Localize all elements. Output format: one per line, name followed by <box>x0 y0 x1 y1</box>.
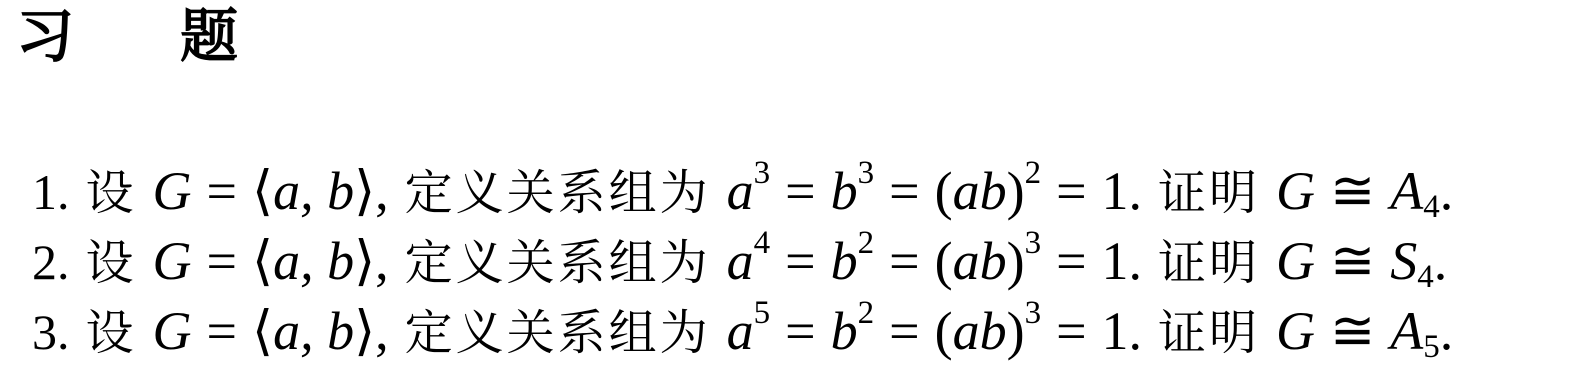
relation-ab-variables: ab <box>953 304 1007 358</box>
setup-text: 设 <box>86 170 137 218</box>
group-variable: G <box>1276 164 1315 218</box>
relation-a-variable: a <box>727 164 754 218</box>
relation-b-variable: b <box>831 304 858 358</box>
equals-sign: = <box>1056 164 1086 218</box>
identity-value: 1. <box>1102 234 1143 288</box>
target-group-letter: A <box>1390 164 1423 218</box>
relations-label: 定义关系组为 <box>405 310 711 358</box>
setup-text: 设 <box>86 310 137 358</box>
equals-sign: = <box>1056 304 1086 358</box>
group-variable: G <box>1276 234 1315 288</box>
target-group-subscript: 4 <box>1417 261 1434 294</box>
paren-close: ) <box>1007 234 1025 288</box>
problem-number: 3. <box>32 307 70 357</box>
problem-3: 3. 设 G = ⟨ a, b ⟩, 定义关系组为 a 5 = b 2 = ( … <box>32 304 1453 358</box>
angle-close-bracket: ⟩, <box>354 164 389 218</box>
textbook-page: 习题 1. 设 G = ⟨ a, b ⟩, 定义关系组为 a 3 = b 3 =… <box>0 0 1574 372</box>
relation-a-exponent: 3 <box>754 157 771 190</box>
target-group-subscript: 5 <box>1423 331 1440 364</box>
group-variable: G <box>153 304 192 358</box>
equals-sign: = <box>207 304 237 358</box>
group-variable: G <box>1276 304 1315 358</box>
target-group-letter: S <box>1390 234 1417 288</box>
end-period: . <box>1434 234 1448 288</box>
exercises-heading: 习题 <box>16 8 344 66</box>
generator-variables: a, b <box>273 234 354 288</box>
problem-number: 1. <box>32 167 70 217</box>
relation-a-variable: a <box>727 304 754 358</box>
angle-close-bracket: ⟩, <box>354 234 389 288</box>
setup-text: 设 <box>86 240 137 288</box>
equals-sign: = <box>207 164 237 218</box>
relations-label: 定义关系组为 <box>405 170 711 218</box>
prove-text: 证明 <box>1158 170 1260 218</box>
relation-b-exponent: 2 <box>858 297 875 330</box>
end-period: . <box>1440 164 1454 218</box>
equals-sign: = <box>889 234 919 288</box>
relation-ab-variables: ab <box>953 164 1007 218</box>
paren-close: ) <box>1007 304 1025 358</box>
equals-sign: = <box>207 234 237 288</box>
equals-sign: = <box>785 234 815 288</box>
generator-variables: a, b <box>273 164 354 218</box>
prove-text: 证明 <box>1158 310 1260 358</box>
relation-ab-variables: ab <box>953 234 1007 288</box>
paren-close: ) <box>1007 164 1025 218</box>
prove-text: 证明 <box>1158 240 1260 288</box>
relation-ab-exponent: 2 <box>1025 157 1042 190</box>
congruent-symbol: ≅ <box>1330 234 1375 288</box>
identity-value: 1. <box>1102 304 1143 358</box>
relations-label: 定义关系组为 <box>405 240 711 288</box>
problem-2: 2. 设 G = ⟨ a, b ⟩, 定义关系组为 a 4 = b 2 = ( … <box>32 234 1447 288</box>
group-variable: G <box>153 234 192 288</box>
relation-a-variable: a <box>727 234 754 288</box>
paren-open: ( <box>935 304 953 358</box>
relation-b-variable: b <box>831 164 858 218</box>
generator-variables: a, b <box>273 304 354 358</box>
relation-b-exponent: 3 <box>858 157 875 190</box>
problem-number: 2. <box>32 237 70 287</box>
equals-sign: = <box>785 304 815 358</box>
angle-open-bracket: ⟨ <box>252 164 273 218</box>
equals-sign: = <box>1056 234 1086 288</box>
problem-1: 1. 设 G = ⟨ a, b ⟩, 定义关系组为 a 3 = b 3 = ( … <box>32 164 1453 218</box>
relation-b-exponent: 2 <box>858 227 875 260</box>
target-group-letter: A <box>1390 304 1423 358</box>
relation-b-variable: b <box>831 234 858 288</box>
angle-open-bracket: ⟨ <box>252 234 273 288</box>
target-group-subscript: 4 <box>1423 191 1440 224</box>
congruent-symbol: ≅ <box>1330 164 1375 218</box>
paren-open: ( <box>935 164 953 218</box>
angle-close-bracket: ⟩, <box>354 304 389 358</box>
relation-ab-exponent: 3 <box>1025 227 1042 260</box>
angle-open-bracket: ⟨ <box>252 304 273 358</box>
equals-sign: = <box>889 164 919 218</box>
identity-value: 1. <box>1102 164 1143 218</box>
relation-a-exponent: 5 <box>754 297 771 330</box>
relation-ab-exponent: 3 <box>1025 297 1042 330</box>
equals-sign: = <box>785 164 815 218</box>
relation-a-exponent: 4 <box>754 227 771 260</box>
group-variable: G <box>153 164 192 218</box>
congruent-symbol: ≅ <box>1330 304 1375 358</box>
paren-open: ( <box>935 234 953 288</box>
equals-sign: = <box>889 304 919 358</box>
end-period: . <box>1440 304 1454 358</box>
